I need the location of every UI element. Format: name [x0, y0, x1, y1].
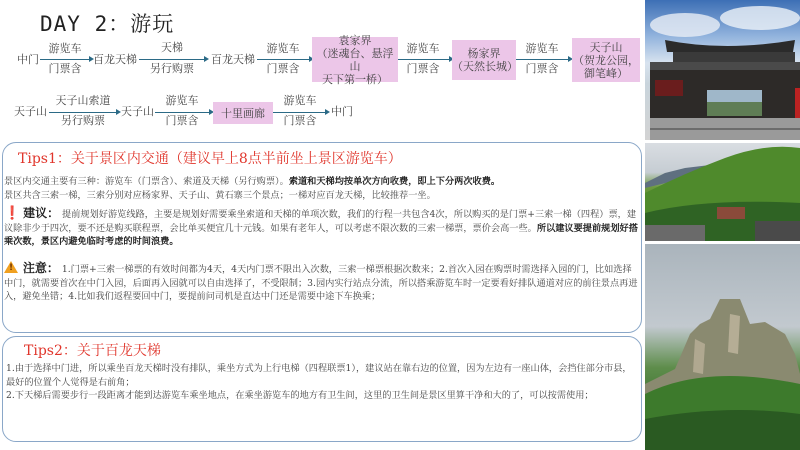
route-node-zhongmen-end: 中门 [331, 105, 353, 118]
peak-illustration [645, 244, 800, 450]
intro-line2: 景区共含三索一梯，三索分别对应杨家界、天子山、黄石寨三个景点；一梯对应百龙天梯，… [4, 190, 436, 201]
route-node-bailong-1: 百龙天梯 [93, 53, 137, 66]
tips2-body: 1.由于选择中门进，所以乘坐百龙天梯时没有排队，乘坐方式为上行电梯（四程联票1）… [6, 362, 638, 403]
route-arrow [257, 59, 310, 60]
notice-text: 1.门票+三索一梯票的有效时间都为4天，4天内门票不限出入次数，三索一梯票根据次… [4, 264, 638, 302]
route-arrow [139, 59, 205, 60]
edge-label-bottom: 另行购票 [49, 115, 117, 127]
box-line: 天子山 [590, 41, 623, 54]
route-arrow [155, 112, 210, 113]
notice-label: 注意： [23, 261, 59, 275]
tips1-intro: 景区内交通主要有三种：游览车（门票含）、索道及天梯（另行购票）。索道和天梯均按单… [4, 175, 640, 202]
edge-label-bottom: 门票含 [276, 115, 324, 127]
route-box-tianzishan: 天子山 （贺龙公园， 御笔峰） [572, 38, 640, 82]
page-title: DAY 2：游玩 [40, 8, 174, 38]
route-arrow [40, 59, 90, 60]
edge-label-top: 游览车 [276, 95, 324, 107]
forest-illustration [645, 143, 800, 241]
route-node-tianzishan-2: 天子山 [121, 105, 154, 118]
route-arrow [273, 112, 326, 113]
gate-illustration [645, 0, 800, 140]
tips1-notice: 注意： 1.门票+三索一梯票的有效时间都为4天，4天内门票不限出入次数，三索一梯… [4, 261, 640, 304]
box-line: 袁家界 [339, 34, 372, 47]
edge-label-top: 游览车 [399, 43, 447, 55]
box-line: 杨家界 [468, 47, 501, 60]
box-line: （迷魂台、悬浮山 [312, 47, 398, 73]
route-box-shilihualang: 十里画廊 [213, 102, 273, 124]
edge-label-top: 游览车 [518, 43, 566, 55]
tips2-item-1: 1.由于选择中门进，所以乘坐百龙天梯时没有排队，乘坐方式为上行电梯（四程联票1）… [6, 362, 638, 389]
tips2-item-2: 2.下天梯后需要步行一段距离才能到达游览车乘坐地点，在乘坐游览车的地方有卫生间，… [6, 389, 638, 403]
route-arrow [516, 59, 569, 60]
route-box-yuanjiajie: 袁家界 （迷魂台、悬浮山 天下第一桥） [312, 37, 398, 82]
edge-label-top: 游览车 [43, 43, 87, 55]
route-arrow [398, 59, 450, 60]
edge-label-top: 游览车 [259, 43, 307, 55]
tips2-title: Tips2：关于百龙天梯 [24, 340, 161, 360]
karst-peak-photo [645, 244, 800, 450]
edge-label-top: 天子山索道 [49, 95, 117, 107]
tips1-suggestion: ❗ 建议： 提前规划好游览线路，主要是规划好需要乘坐索道和天梯的单项次数，我们的… [4, 207, 640, 249]
intro-text: 景区内交通主要有三种：游览车（门票含）、索道及天梯（另行购票）。 [4, 176, 289, 187]
route-arrow [49, 112, 117, 113]
warning-icon [4, 261, 18, 273]
scenic-gate-photo [645, 0, 800, 140]
edge-label-bottom: 门票含 [43, 63, 87, 75]
route-node-zhongmen: 中门 [17, 53, 39, 66]
suggestion-label: 建议： [23, 206, 59, 220]
route-node-tianzishan-1: 天子山 [14, 105, 47, 118]
intro-bold-text: 索道和天梯均按单次方向收费，即上下分两次收费。 [289, 176, 500, 187]
route-node-bailong-2: 百龙天梯 [211, 53, 255, 66]
bamboo-forest-photo [645, 143, 800, 241]
edge-label-bottom: 门票含 [259, 63, 307, 75]
box-line: （天然长城） [452, 60, 516, 73]
box-line: 御笔峰） [584, 67, 628, 80]
box-line: （贺龙公园， [573, 54, 639, 67]
exclamation-icon: ❗ [4, 206, 20, 221]
box-line: 天下第一桥） [322, 73, 388, 86]
edge-label-top: 天梯 [139, 42, 205, 54]
edge-label-bottom: 门票含 [399, 63, 447, 75]
edge-label-bottom: 门票含 [518, 63, 566, 75]
route-box-yangjiajie: 杨家界 （天然长城） [452, 40, 516, 80]
tips1-title: Tips1：关于景区内交通（建议早上8点半前坐上景区游览车） [18, 148, 402, 168]
edge-label-bottom: 另行购票 [139, 63, 205, 75]
box-line: 十里画廊 [221, 107, 265, 120]
edge-label-top: 游览车 [158, 95, 206, 107]
edge-label-bottom: 门票含 [158, 115, 206, 127]
